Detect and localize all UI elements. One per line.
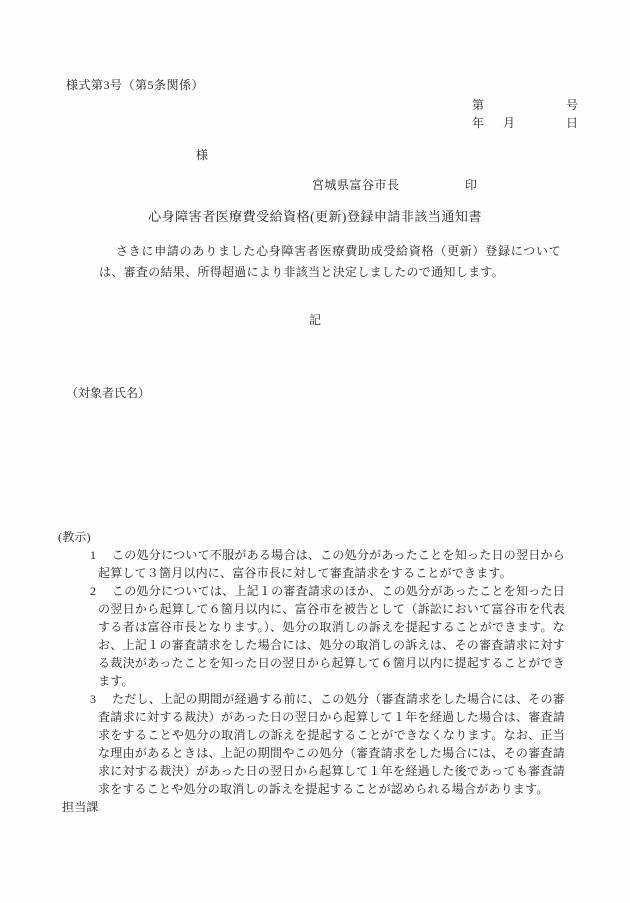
date-year-label: 年	[472, 114, 484, 131]
subject-name-label: （対象者氏名）	[66, 384, 150, 401]
doc-number-suffix-label: 号	[566, 96, 578, 113]
date-day-label: 日	[566, 114, 578, 131]
footer-department: 担当課	[62, 798, 565, 816]
instruction-item-2-text: この処分については、上記１の審査請求のほか、この処分があったことを知った日の翌日…	[98, 584, 565, 688]
instruction-item-2-number: 2	[90, 582, 112, 600]
instruction-item-1-text: この処分について不服がある場合は、この処分があったことを知った日の翌日から起算し…	[98, 548, 565, 580]
instruction-item-1-number: 1	[90, 546, 112, 564]
document-page: 様式第3号（第5条関係） 第 号 年 月 日 様 宮城県富谷市長 印 心身障害者…	[0, 0, 630, 903]
notice-title: 心身障害者医療費受給資格(更新)登録申請非該当通知書	[0, 206, 630, 225]
instructions-section: (教示) 1この処分について不服がある場合は、この処分があったことを知った日の翌…	[58, 528, 565, 816]
notice-body-paragraph: さきに申請のありました心身障害者医療費助成受給資格（更新）登録については、審査の…	[99, 241, 561, 283]
form-number: 様式第3号（第5条関係）	[66, 76, 204, 93]
date-month-label: 月	[503, 114, 515, 131]
addressee-honorific: 様	[196, 146, 208, 163]
doc-number-prefix-label: 第	[472, 96, 484, 113]
instruction-item-3: 3ただし、上記の期間が経過する前に、この処分（審査請求をした場合には、その審査請…	[98, 690, 565, 798]
instructions-heading: (教示)	[58, 528, 565, 546]
record-marker: 記	[0, 311, 630, 328]
seal-placeholder: 印	[465, 176, 477, 193]
instruction-item-2: 2この処分については、上記１の審査請求のほか、この処分があったことを知った日の翌…	[98, 582, 565, 690]
instruction-item-1: 1この処分について不服がある場合は、この処分があったことを知った日の翌日から起算…	[98, 546, 565, 582]
instruction-item-3-text: ただし、上記の期間が経過する前に、この処分（審査請求をした場合には、その審査請求…	[98, 692, 565, 796]
instruction-item-3-number: 3	[90, 690, 112, 708]
sender-title: 宮城県富谷市長	[312, 176, 400, 193]
